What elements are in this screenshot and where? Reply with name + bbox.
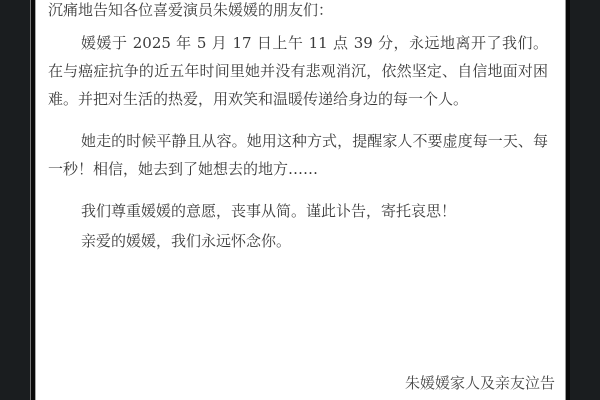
right-frame-border <box>565 0 570 400</box>
paragraph-4: 亲爱的媛媛，我们永远怀念你。 <box>48 227 548 255</box>
paragraph-3: 我们尊重媛媛的意愿，丧事从简。谨此讣告，寄托哀思！ <box>48 197 548 225</box>
signature: 朱媛媛家人及亲友泣告 <box>405 372 555 393</box>
obituary-page: 沉痛地告知各位喜爱演员朱媛媛的朋友们： 媛媛于 2025 年 5 月 17 日上… <box>36 0 565 400</box>
paragraph-2: 她走的时候平静且从容。她用这种方式，提醒家人不要虚度每一天、每一秒！相信，她去到… <box>48 127 548 183</box>
greeting-line: 沉痛地告知各位喜爱演员朱媛媛的朋友们： <box>48 0 333 24</box>
paragraph-1: 媛媛于 2025 年 5 月 17 日上午 11 点 39 分，永远地离开了我们… <box>48 29 548 113</box>
